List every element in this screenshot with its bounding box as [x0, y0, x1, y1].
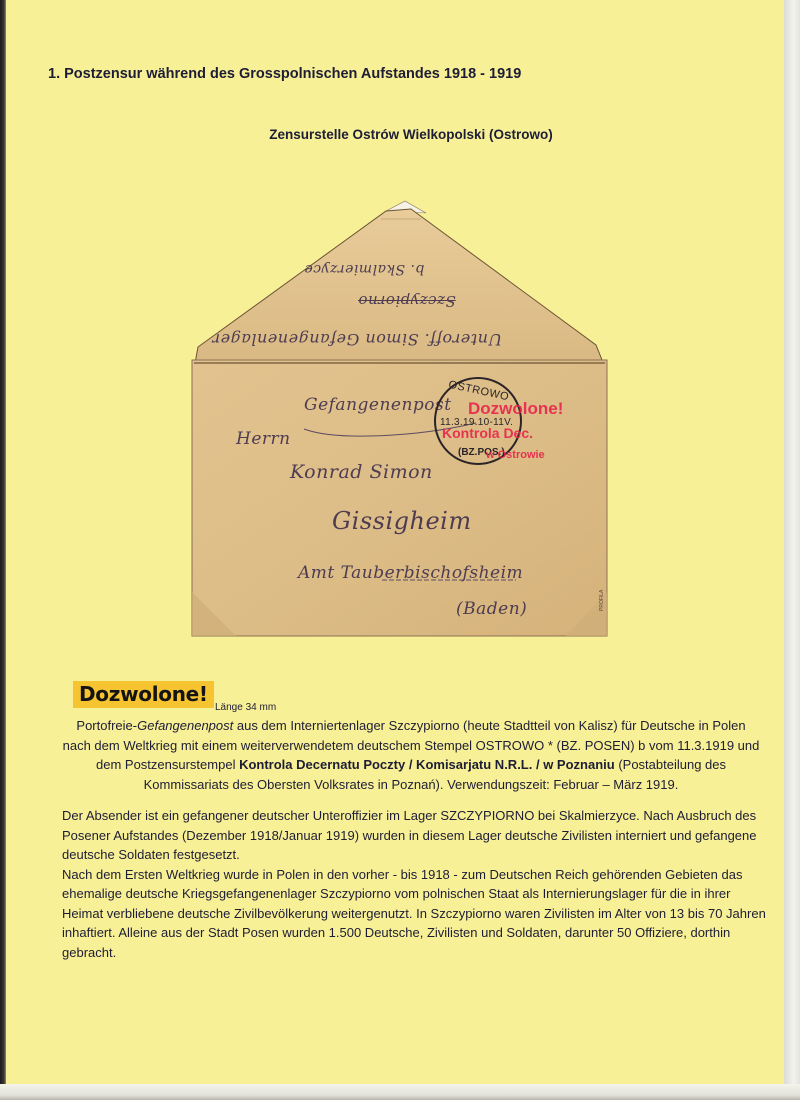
scan-right-edge — [784, 0, 800, 1100]
recipient-name-handwriting: Konrad Simon — [290, 461, 433, 483]
history-paragraph-2: Nach dem Ersten Weltkrieg wurde in Polen… — [62, 865, 766, 963]
region-handwriting: (Baden) — [456, 599, 527, 619]
historical-background: Der Absender ist ein gefangener deutsche… — [62, 806, 766, 962]
scan-bottom-edge — [0, 1084, 800, 1100]
censor-stamp-line1: Dozwolone! — [468, 399, 563, 419]
district-handwriting: Amt Tauberbischofsheim — [298, 563, 523, 583]
cover-description: Portofreie-Gefangenenpost aus dem Intern… — [62, 716, 760, 794]
censor-stamp-line3: w Ostrowie — [486, 449, 545, 461]
history-paragraph-1: Der Absender ist ein gefangener deutsche… — [62, 806, 766, 865]
censor-stamp-label: Dozwolone! — [73, 681, 214, 708]
town-handwriting: Gissigheim — [332, 507, 472, 535]
page-title: 1. Postzensur während des Grosspolnische… — [48, 66, 521, 82]
cover-envelope: b. Skalmierzyce Szczypiorno Unteroff. Si… — [186, 197, 614, 643]
salutation-handwriting: Herrn — [236, 429, 291, 449]
printer-mark: PROFILA — [599, 590, 605, 611]
service-note-handwriting: Gefangenenpost — [304, 395, 452, 415]
flap-handwriting-line3: b. Skalmierzyce — [304, 261, 424, 277]
flap-handwriting-line2: Szczypiorno — [358, 292, 456, 310]
description-italic-term: Gefangenenpost — [137, 718, 233, 733]
stamp-length-note: Länge 34 mm — [215, 702, 276, 713]
censor-stamp-line2: Kontrola Dec. — [442, 425, 533, 441]
description-prefix: Portofreie- — [76, 718, 137, 733]
page-subtitle: Zensurstelle Ostrów Wielkopolski (Ostrow… — [6, 127, 796, 142]
flap-handwriting-line1: Unteroff. Simon Gefangenenlager — [212, 330, 502, 349]
description-censor-stamp-name: Kontrola Decernatu Poczty / Komisarjatu … — [239, 757, 615, 772]
